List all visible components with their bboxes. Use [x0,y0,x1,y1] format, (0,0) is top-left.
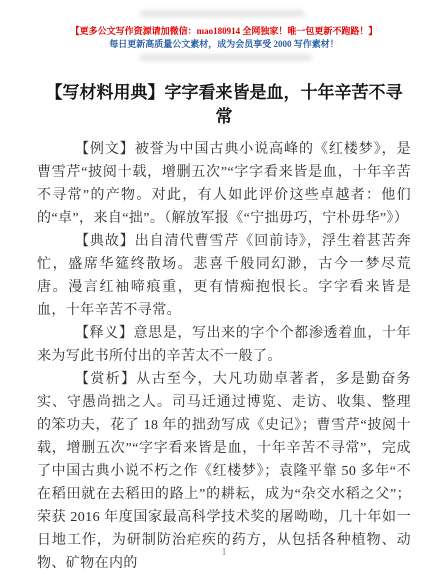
faded-watermark-line [140,10,305,17]
body-paragraph-liwen: 【例文】被誉为中国古典小说高峰的《红楼梦》，是曹雪芹“披阅十载，增删五次”“字字… [37,138,411,230]
document-body: 【例文】被誉为中国古典小说高峰的《红楼梦》，是曹雪芹“披阅十载，增删五次”“字字… [0,138,448,575]
body-paragraph-shiyi: 【释义】意思是，写出来的字个个都渗透着血，十年来为写此书所付出的辛苦太不一般了。 [37,322,411,368]
header-ad-banner: 【更多公文写作资源请加微信：mao180914 全网独家！唯一包更新不跑路！】 … [0,0,448,51]
page-number: 1 [0,547,448,558]
body-paragraph-diangu: 【典故】出自清代曹雪芹《回前诗》，浮生着甚苦奔忙，盛席华筵终散场。悲喜千般同幻渺… [37,230,411,322]
document-page: 【更多公文写作资源请加微信：mao180914 全网独家！唯一包更新不跑路！】 … [0,0,448,580]
document-title: 【写材料用典】字字看来皆是血，十年辛苦不寻常 [38,81,410,129]
faded-watermark-line [140,54,312,61]
ad-banner-line-red: 【更多公文写作资源请加微信：mao180914 全网独家！唯一包更新不跑路！】 [0,25,448,38]
ad-banner-line-blue: 每日更新高质量公文素材，成为会员享受 2000 写作素材！ [0,38,448,51]
body-paragraph-shangxi: 【赏析】从古至今，大凡功勋卓著者，多是勤奋务实、守愚尚拙之人。司马迁通过博览、走… [37,368,411,575]
